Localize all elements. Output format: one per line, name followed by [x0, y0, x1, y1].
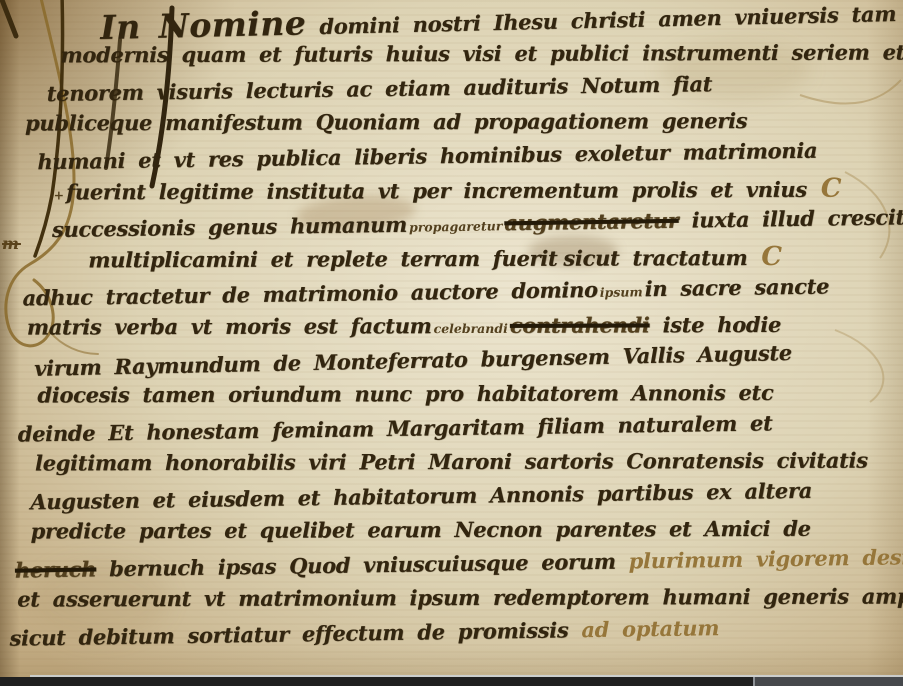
manuscript-word-run: successionis genus humanum: [52, 212, 407, 242]
manuscript-word-run: sicut debitum sortiatur effectum de prom…: [9, 617, 581, 650]
photo-edge-dark-band: [0, 677, 903, 686]
interlinear-insertion: celebrandi: [434, 321, 508, 336]
manuscript-word-run: matris verba vt moris est factum: [27, 313, 432, 339]
paraph-mark: C: [761, 242, 782, 272]
manuscript-word-run: fuerint legitime instituta vt per increm…: [66, 177, 807, 205]
manuscript-word-run: modernis quam et futuris huius visi et p…: [60, 39, 903, 67]
manuscript-photo: m In Nomine domini nostri Ihesu christi …: [0, 0, 903, 686]
paraph-mark: C: [821, 174, 842, 204]
manuscript-word-run: adhuc tractetur de matrimonio auctore do…: [22, 277, 598, 311]
manuscript-word-run: diocesis tamen oriundum nunc pro habitat…: [37, 380, 773, 408]
faded-word-run: ad optatum: [581, 615, 719, 642]
struck-word: contrahendi: [510, 312, 650, 337]
manuscript-word-run: tenorem visuris lecturis ac etiam auditu…: [47, 71, 713, 106]
struck-word: heruch: [15, 556, 97, 582]
photo-edge-light-segment: [753, 677, 903, 686]
interlinear-insertion: propagaretur: [409, 218, 503, 234]
manuscript-word-run: Augusten et eiusdem et habitatorum Annon…: [30, 478, 812, 515]
manuscript-word-run: predicte partes et quelibet earum Necnon…: [31, 516, 811, 544]
manuscript-word-run: virum Raymundum de Monteferrato burgense…: [34, 340, 792, 381]
manuscript-word-run: domini nostri Ihesu christi amen vniuers…: [306, 1, 896, 39]
manuscript-word-run: publiceque manifestum Quoniam ad propaga…: [25, 108, 747, 136]
manuscript-word-run: bernuch ipsas Quod vniuscuiusque eorum: [96, 548, 629, 581]
manuscript-word-run: iuxta illud crescite: [678, 204, 903, 233]
faded-word-run: plurimum vigorem desiderant: [628, 543, 903, 573]
manuscript-word-run: humani et vt res publica liberis hominib…: [37, 138, 817, 175]
interlinear-insertion: ipsum: [600, 284, 643, 300]
manuscript-word-run: et asseruerunt vt matrimonium ipsum rede…: [17, 583, 903, 611]
manuscript-word-run: legitimam honorabilis viri Petri Maroni …: [35, 448, 868, 476]
manuscript-word-run: in sacre sancte: [644, 273, 829, 301]
photo-bottom-edge: [0, 676, 903, 686]
interlinear-insertion: +: [54, 187, 65, 202]
manuscript-word-run: deinde Et honestam feminam Margaritam fi…: [18, 410, 773, 446]
manuscript-word-run: multiplicamini et replete terram fuerit: [88, 246, 557, 273]
struck-word: augmentaretur: [504, 208, 679, 236]
manuscript-word-run: iste hodie: [650, 312, 782, 337]
manuscript-text: In Nomine domini nostri Ihesu christi am…: [0, 0, 903, 654]
manuscript-word-run: sicut tractatum: [563, 245, 747, 271]
